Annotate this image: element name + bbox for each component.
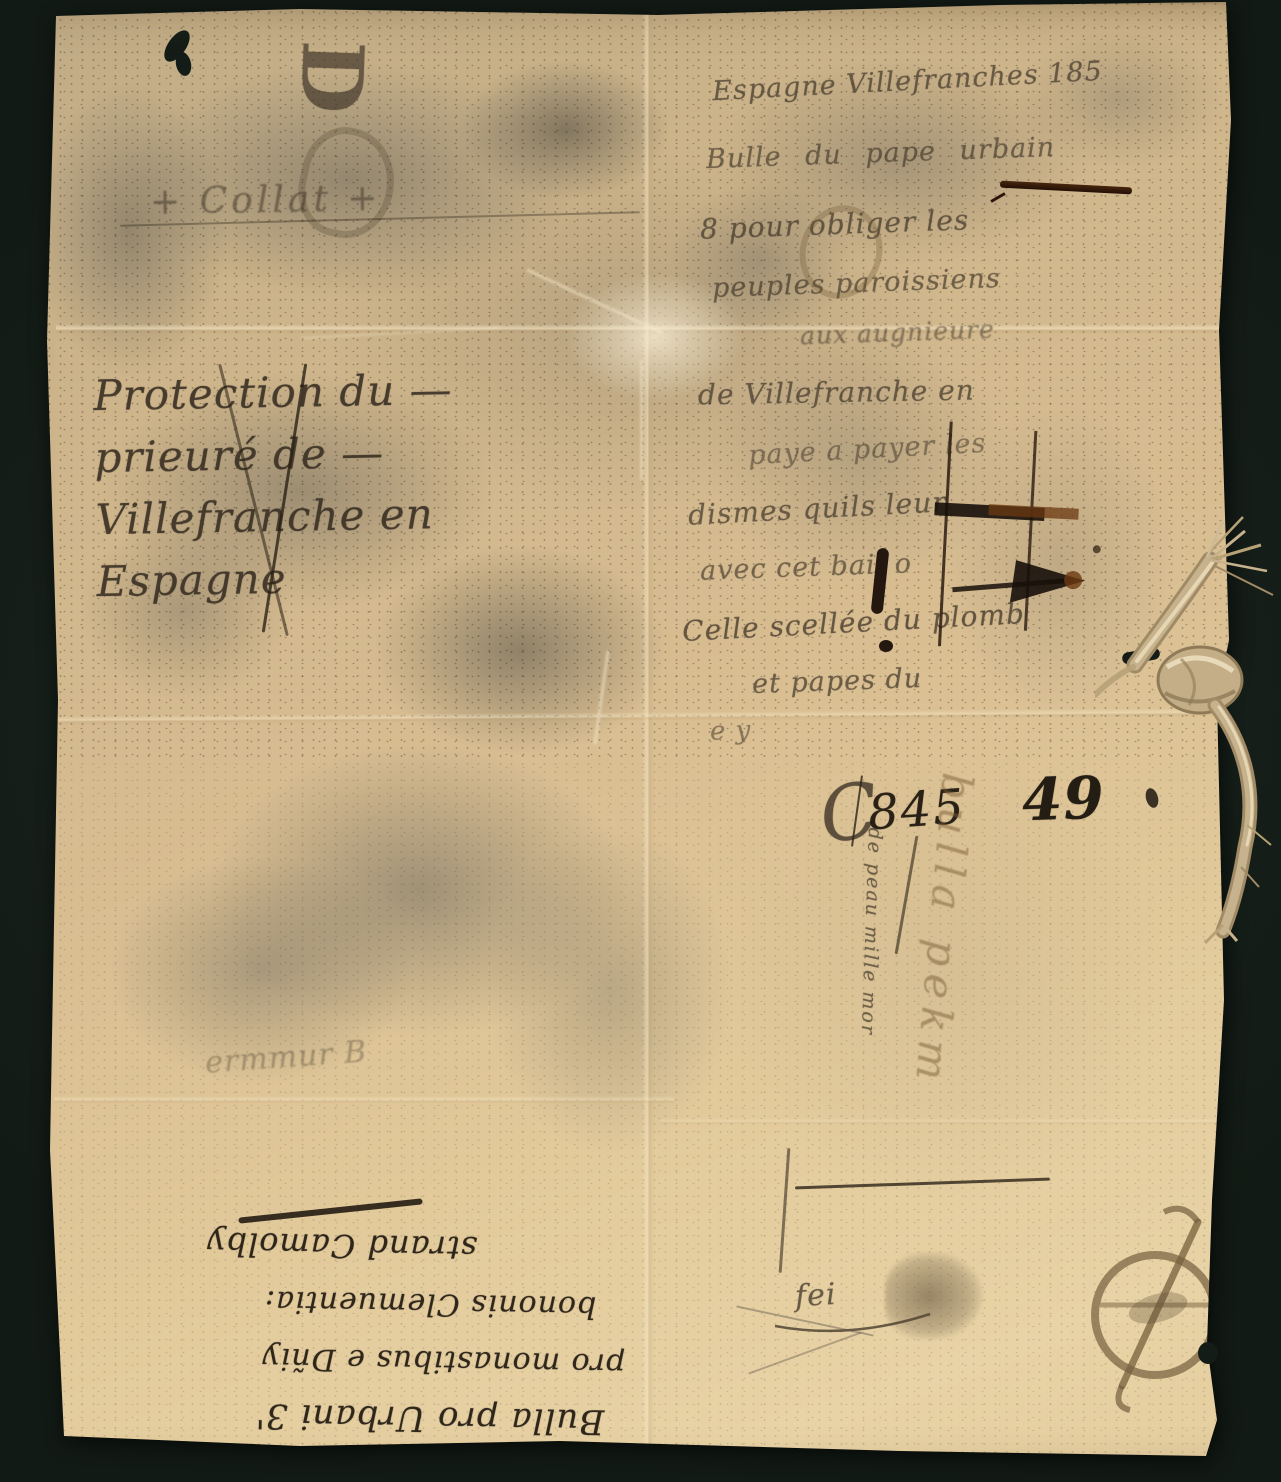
- photographed-parchment-scene: D + Collat + Protection du — prieuré de …: [0, 0, 1281, 1482]
- edge-vignette: [0, 0, 1281, 1482]
